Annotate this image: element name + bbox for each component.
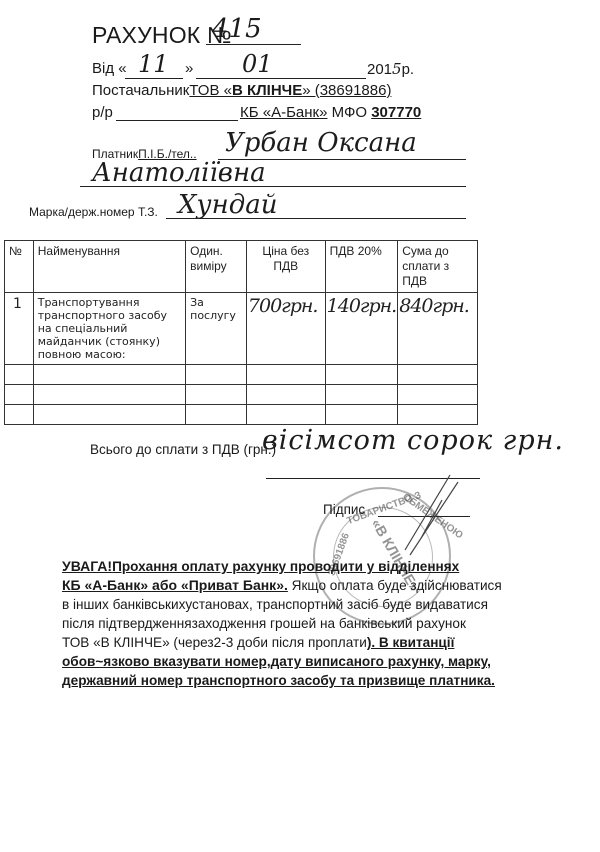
vehicle-value: Хундай [178,190,277,220]
row-vat: 140грн. [325,293,398,365]
date-month: 01 [242,50,273,78]
date-mid: » [185,60,193,77]
col-header-unit: Один. виміру [186,241,247,293]
account-underline [116,120,238,121]
total-words: вісімсот сорок грн. [262,425,564,456]
col-header-name: Найменування [33,241,185,293]
supplier-label: Постачальник [92,82,189,99]
notice-block: УВАГА!Прохання оплату рахунку проводити … [62,557,532,690]
mfo-value: 307770 [371,104,421,121]
date-line: Від « [92,60,127,77]
invoice-number: 415 [212,14,262,44]
table-row: 1 Транспортування транспортного засобу н… [5,293,478,365]
row-price: 700грн. [246,293,325,365]
notice-line-3: в інших банківськихустановах, транспортн… [62,595,532,614]
col-header-total: Сума до сплати з ПДВ [398,241,478,293]
col-header-price: Ціна без ПДВ [246,241,325,293]
supplier-line: ПостачальникТОВ «В КЛІНЧЕ» (38691886) [92,82,391,99]
supplier-name: ТОВ «В КЛІНЧЕ» (38691886) [189,82,391,99]
date-month-underline [196,78,366,79]
notice-warning: УВАГА! [62,558,112,574]
invoice-table: № Найменування Один. виміру Ціна без ПДВ… [4,240,478,425]
notice-line-5: ТОВ «В КЛІНЧЕ» (через2-3 доби після проп… [62,633,532,652]
total-label: Всього до сплати з ПДВ (грн.) [90,442,276,457]
date-day-underline [125,78,183,79]
notice-line-2: КБ «А-Банк» або «Приват Банк». Якщо опла… [62,576,532,595]
row-unit: За послугу [186,293,247,365]
date-day: 11 [138,50,169,78]
account-line: р/р [92,104,113,121]
date-year: 2015р. [367,60,414,78]
col-header-vat: ПДВ 20% [325,241,398,293]
row-total: 840грн. [398,293,478,365]
notice-line-6: обов~язково вказувати номер,дату виписан… [62,652,532,671]
payer-name-line1: Урбан Оксана [225,128,417,158]
notice-line-1: УВАГА!Прохання оплату рахунку проводити … [62,557,532,576]
account-label: р/р [92,104,113,121]
table-row-empty [5,405,478,425]
invoice-number-underline [206,44,301,45]
payer-name-line2: Анатоліївна [92,158,266,188]
table-row-empty [5,365,478,385]
notice-line-4: після підтвердженнязаходження грошей на … [62,614,532,633]
notice-line-7: державний номер транспортного засобу та … [62,671,532,690]
row-name: Транспортування транспортного засобу на … [33,293,185,365]
bank-name: КБ «А-Банк» [240,104,327,121]
signature-stroke [380,470,470,560]
date-year-digit: 5 [392,60,402,78]
col-header-number: № [5,241,34,293]
bank-line: КБ «А-Банк» МФО 307770 [240,104,421,121]
signature-label: Підпис [323,502,365,517]
vehicle-label: Марка/держ.номер Т.З. [29,205,158,219]
mfo-label: МФО [332,104,367,121]
table-row-empty [5,385,478,405]
table-header-row: № Найменування Один. виміру Ціна без ПДВ… [5,241,478,293]
row-number: 1 [5,293,34,365]
